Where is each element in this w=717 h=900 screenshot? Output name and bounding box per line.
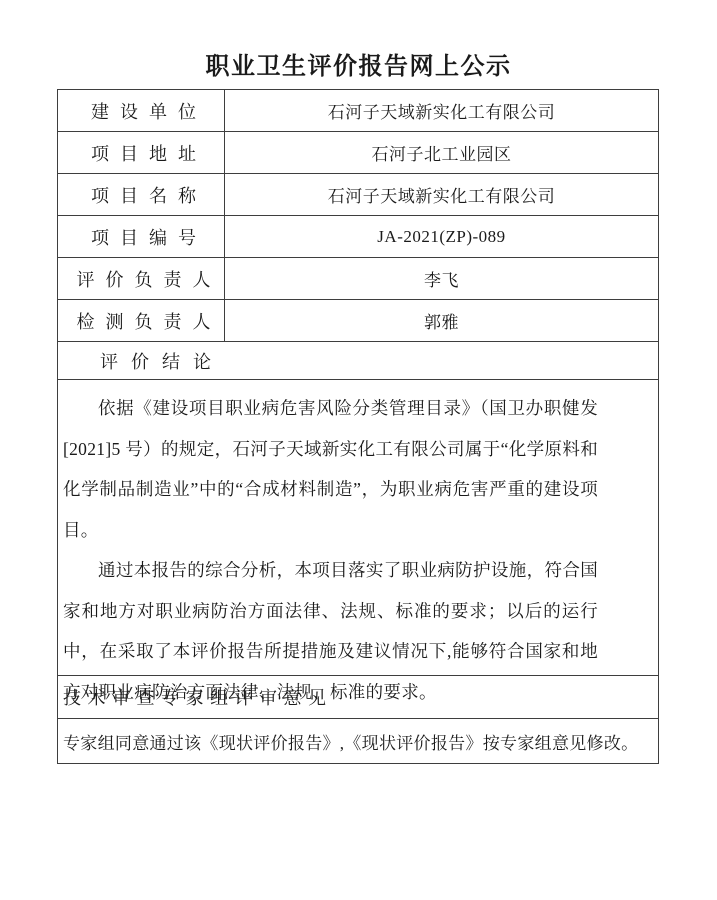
table-row-project-number: 项目编号 JA-2021(ZP)-089 <box>58 216 658 258</box>
table-row-construction-unit: 建设单位 石河子天域新实化工有限公司 <box>58 90 658 132</box>
expert-opinion-row: 专家组同意通过该《现状评价报告》,《现状评价报告》按专家组意见修改。 <box>58 719 658 763</box>
conclusion-text-row: 依据《建设项目职业病危害风险分类管理目录》（国卫办职健发[2021]5 号）的规… <box>58 380 658 676</box>
row-label: 检测负责人 <box>58 300 225 341</box>
table-row-project-address: 项目地址 石河子北工业园区 <box>58 132 658 174</box>
table-row-testing-leader: 检测负责人 郭雅 <box>58 300 658 342</box>
row-value: 石河子天域新实化工有限公司 <box>225 174 658 215</box>
row-value: 郭雅 <box>225 300 658 341</box>
document-page: 职业卫生评价报告网上公示 建设单位 石河子天域新实化工有限公司 项目地址 石河子… <box>0 0 717 900</box>
row-label: 评价负责人 <box>58 258 225 299</box>
table-row-evaluation-leader: 评价负责人 李飞 <box>58 258 658 300</box>
row-value: 石河子天域新实化工有限公司 <box>225 90 658 131</box>
row-value: 石河子北工业园区 <box>225 132 658 173</box>
report-table: 建设单位 石河子天域新实化工有限公司 项目地址 石河子北工业园区 项目名称 石河… <box>57 89 659 764</box>
conclusion-header-row: 评价结论 <box>58 342 658 380</box>
row-label: 项目地址 <box>58 132 225 173</box>
conclusion-paragraph: 依据《建设项目职业病危害风险分类管理目录》（国卫办职健发[2021]5 号）的规… <box>63 388 598 550</box>
row-label: 项目名称 <box>58 174 225 215</box>
page-title: 职业卫生评价报告网上公示 <box>0 52 717 82</box>
row-label: 建设单位 <box>58 90 225 131</box>
row-value: 李飞 <box>225 258 658 299</box>
row-value: JA-2021(ZP)-089 <box>225 216 658 257</box>
row-label: 项目编号 <box>58 216 225 257</box>
table-row-project-name: 项目名称 石河子天域新实化工有限公司 <box>58 174 658 216</box>
